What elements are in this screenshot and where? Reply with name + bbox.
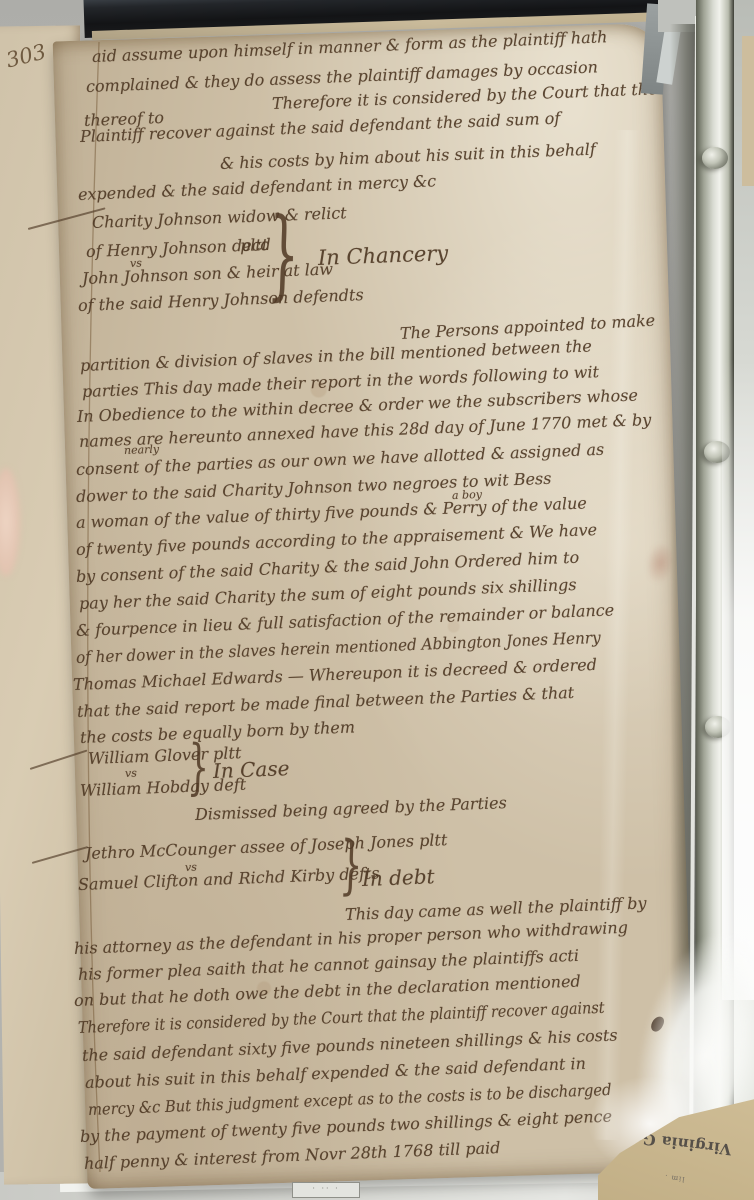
- interlineation: nearly: [124, 444, 160, 457]
- binder-screw: [702, 147, 728, 169]
- case-label: In Chancery: [318, 242, 449, 270]
- handwriting-line: Jethro McCounger assee of Joseph Jones p…: [85, 831, 448, 862]
- margin-slash: [30, 750, 88, 770]
- page-edges-right: [742, 36, 754, 186]
- handwriting-line: pltt: [240, 236, 269, 255]
- archival-photo: 303 aid assume upon himself in manner & …: [0, 0, 754, 1200]
- folder-sublabel: lim .: [664, 1173, 685, 1183]
- handwriting-line: of the said Henry Johnson defendts: [78, 286, 364, 315]
- handwriting-line: Charity Johnson widow & relict: [92, 204, 347, 231]
- handwriting-layer: aid assume upon himself in manner & form…: [0, 0, 754, 1200]
- handwriting-line: half penny & interest from Novr 28th 176…: [84, 1139, 501, 1173]
- handwriting-line: Samuel Clifton and Richd Kirby defts: [78, 864, 380, 893]
- plastic-glare: [722, 360, 754, 1000]
- case-brace: }: [187, 737, 210, 798]
- case-brace: }: [266, 205, 301, 304]
- interlineation: a boy: [452, 489, 482, 502]
- margin-slash: [32, 846, 88, 864]
- handwriting-line: Dismissed being agreed by the Parties: [195, 794, 507, 824]
- handwriting-line: the costs be equally born by them: [80, 718, 356, 746]
- handwriting-line: expended & the said defendant in mercy &…: [78, 172, 437, 203]
- handwriting-line: & his costs by him about his suit in thi…: [220, 141, 596, 173]
- case-label: In Case: [213, 757, 290, 782]
- case-label: In debt: [362, 865, 435, 890]
- case-brace: }: [339, 833, 364, 898]
